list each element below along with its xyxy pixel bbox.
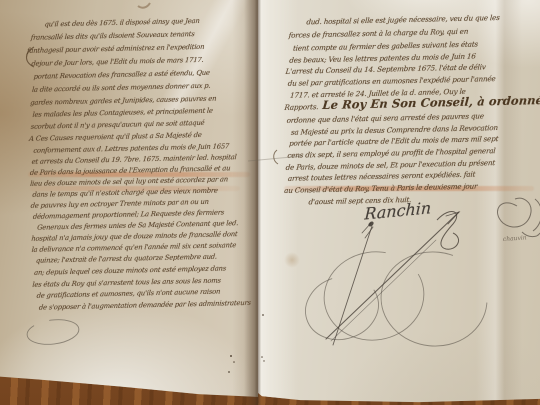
handwriting-line: quinze; l'extrait de l'arrest du quatorz… [36, 254, 218, 265]
handwriting-line: gardes nombreux gardes et Junipides, cau… [30, 96, 217, 107]
handwriting-line: portée par l'article quatre de l'Edit du… [289, 135, 499, 147]
manuscript-photo: qu'il est deu dès 1675. il disposé ainsy… [0, 0, 540, 405]
handwriting-line: de gratifications et aumosnes, qu'ils n'… [36, 289, 220, 300]
handwriting-line: ordonne que dans l'état qui sera arresté… [286, 112, 484, 124]
left-page: qu'il est deu dès 1675. il disposé ainsy… [0, 0, 258, 405]
handwriting-line: dédommagement proportionnel; La Requeste… [33, 209, 225, 220]
handwriting-line: forces de francsallez sont à la charge d… [288, 28, 468, 39]
handwriting-line: qu'il est deu dès 1675. il disposé ainsy… [44, 18, 200, 28]
handwriting-line: lieu des douze minots de sel qui luy ont… [30, 176, 228, 187]
handwriting-line: L'arrest du Conseil du 14. Septembre 167… [285, 63, 486, 75]
handwriting-line: les états du Roy qui s'arrestent tous le… [32, 278, 221, 289]
page-fold-shadow [244, 0, 266, 405]
handwriting-line: de s'opposer à l'augmentation demandée p… [39, 300, 251, 312]
handwriting-line: Generaux des fermes unies de Sa Majesté … [37, 220, 239, 231]
handwriting-line: du sel par gratifications en aumosnes l'… [288, 75, 496, 87]
handwriting-line: A Ces Causes requeroient qu'il plust a S… [29, 132, 202, 143]
handwriting-line: au Conseil d'état du Roy, Tenu à Paris l… [284, 183, 478, 195]
handwriting-line: dans le temps qu'il n'estoit chargé que … [32, 188, 218, 199]
handwriting-line: dejour de Jour lors, que l'Edit du mois … [31, 57, 204, 68]
red-underline-smudge [28, 172, 250, 177]
right-page-handwriting: dud. hospital si elle est jugée nécessai… [258, 0, 540, 405]
handwriting-line: hospital n'a jamais jouy que de douze mi… [31, 231, 238, 242]
handwriting-line: tient compte au fermier des gabelles sui… [293, 40, 479, 51]
handwriting-line: cens dix sept, il sera employé au proffi… [287, 147, 496, 159]
handwriting-line: fanthagesil pour avoir esté administrez … [27, 44, 205, 55]
handwriting-line: et arrests du Conseil du 19. 7bre. 1675.… [31, 154, 236, 165]
left-page-handwriting: qu'il est deu dès 1675. il disposé ainsy… [0, 0, 267, 405]
handwriting-line: la dite accordé ou ils sont des moyennes… [32, 83, 211, 94]
handwriting-line: scorbut dont il n'y a presqu'aucun qui n… [31, 120, 205, 131]
handwriting-line: les malades les plus Contagieuses, et pr… [32, 108, 213, 119]
handwriting-line: an; depuis lequel ces douze minots ont e… [34, 265, 226, 276]
handwriting-line: arrest toutes lettres nécessaires seront… [288, 171, 476, 182]
handwriting-line: conformement aux d. Lettres patentes du … [33, 143, 229, 154]
right-page: dud. hospital si elle est jugée nécessai… [258, 0, 540, 405]
handwriting-line: dud. hospital si elle est jugée nécessai… [306, 14, 500, 26]
royal-phrase-prefix: Rapports. [284, 102, 319, 112]
handwriting-line: portant Revocation des francsallez a est… [33, 70, 210, 81]
handwriting-line: de pauvres luy en octroyer Trente minots… [30, 199, 209, 210]
red-underline-smudge [30, 186, 240, 191]
handwriting-line: la delivrance n'a commencé qu'en l'année… [31, 242, 236, 253]
handwriting-line: de Paris dans la jouissance de l'Exempti… [30, 165, 231, 176]
handwriting-line: francsallé les dits qu'ils disoient Souv… [30, 31, 194, 42]
royal-phrase-line: Rapports.Le Roy En Son Conseil, à ordonn… [284, 95, 540, 113]
